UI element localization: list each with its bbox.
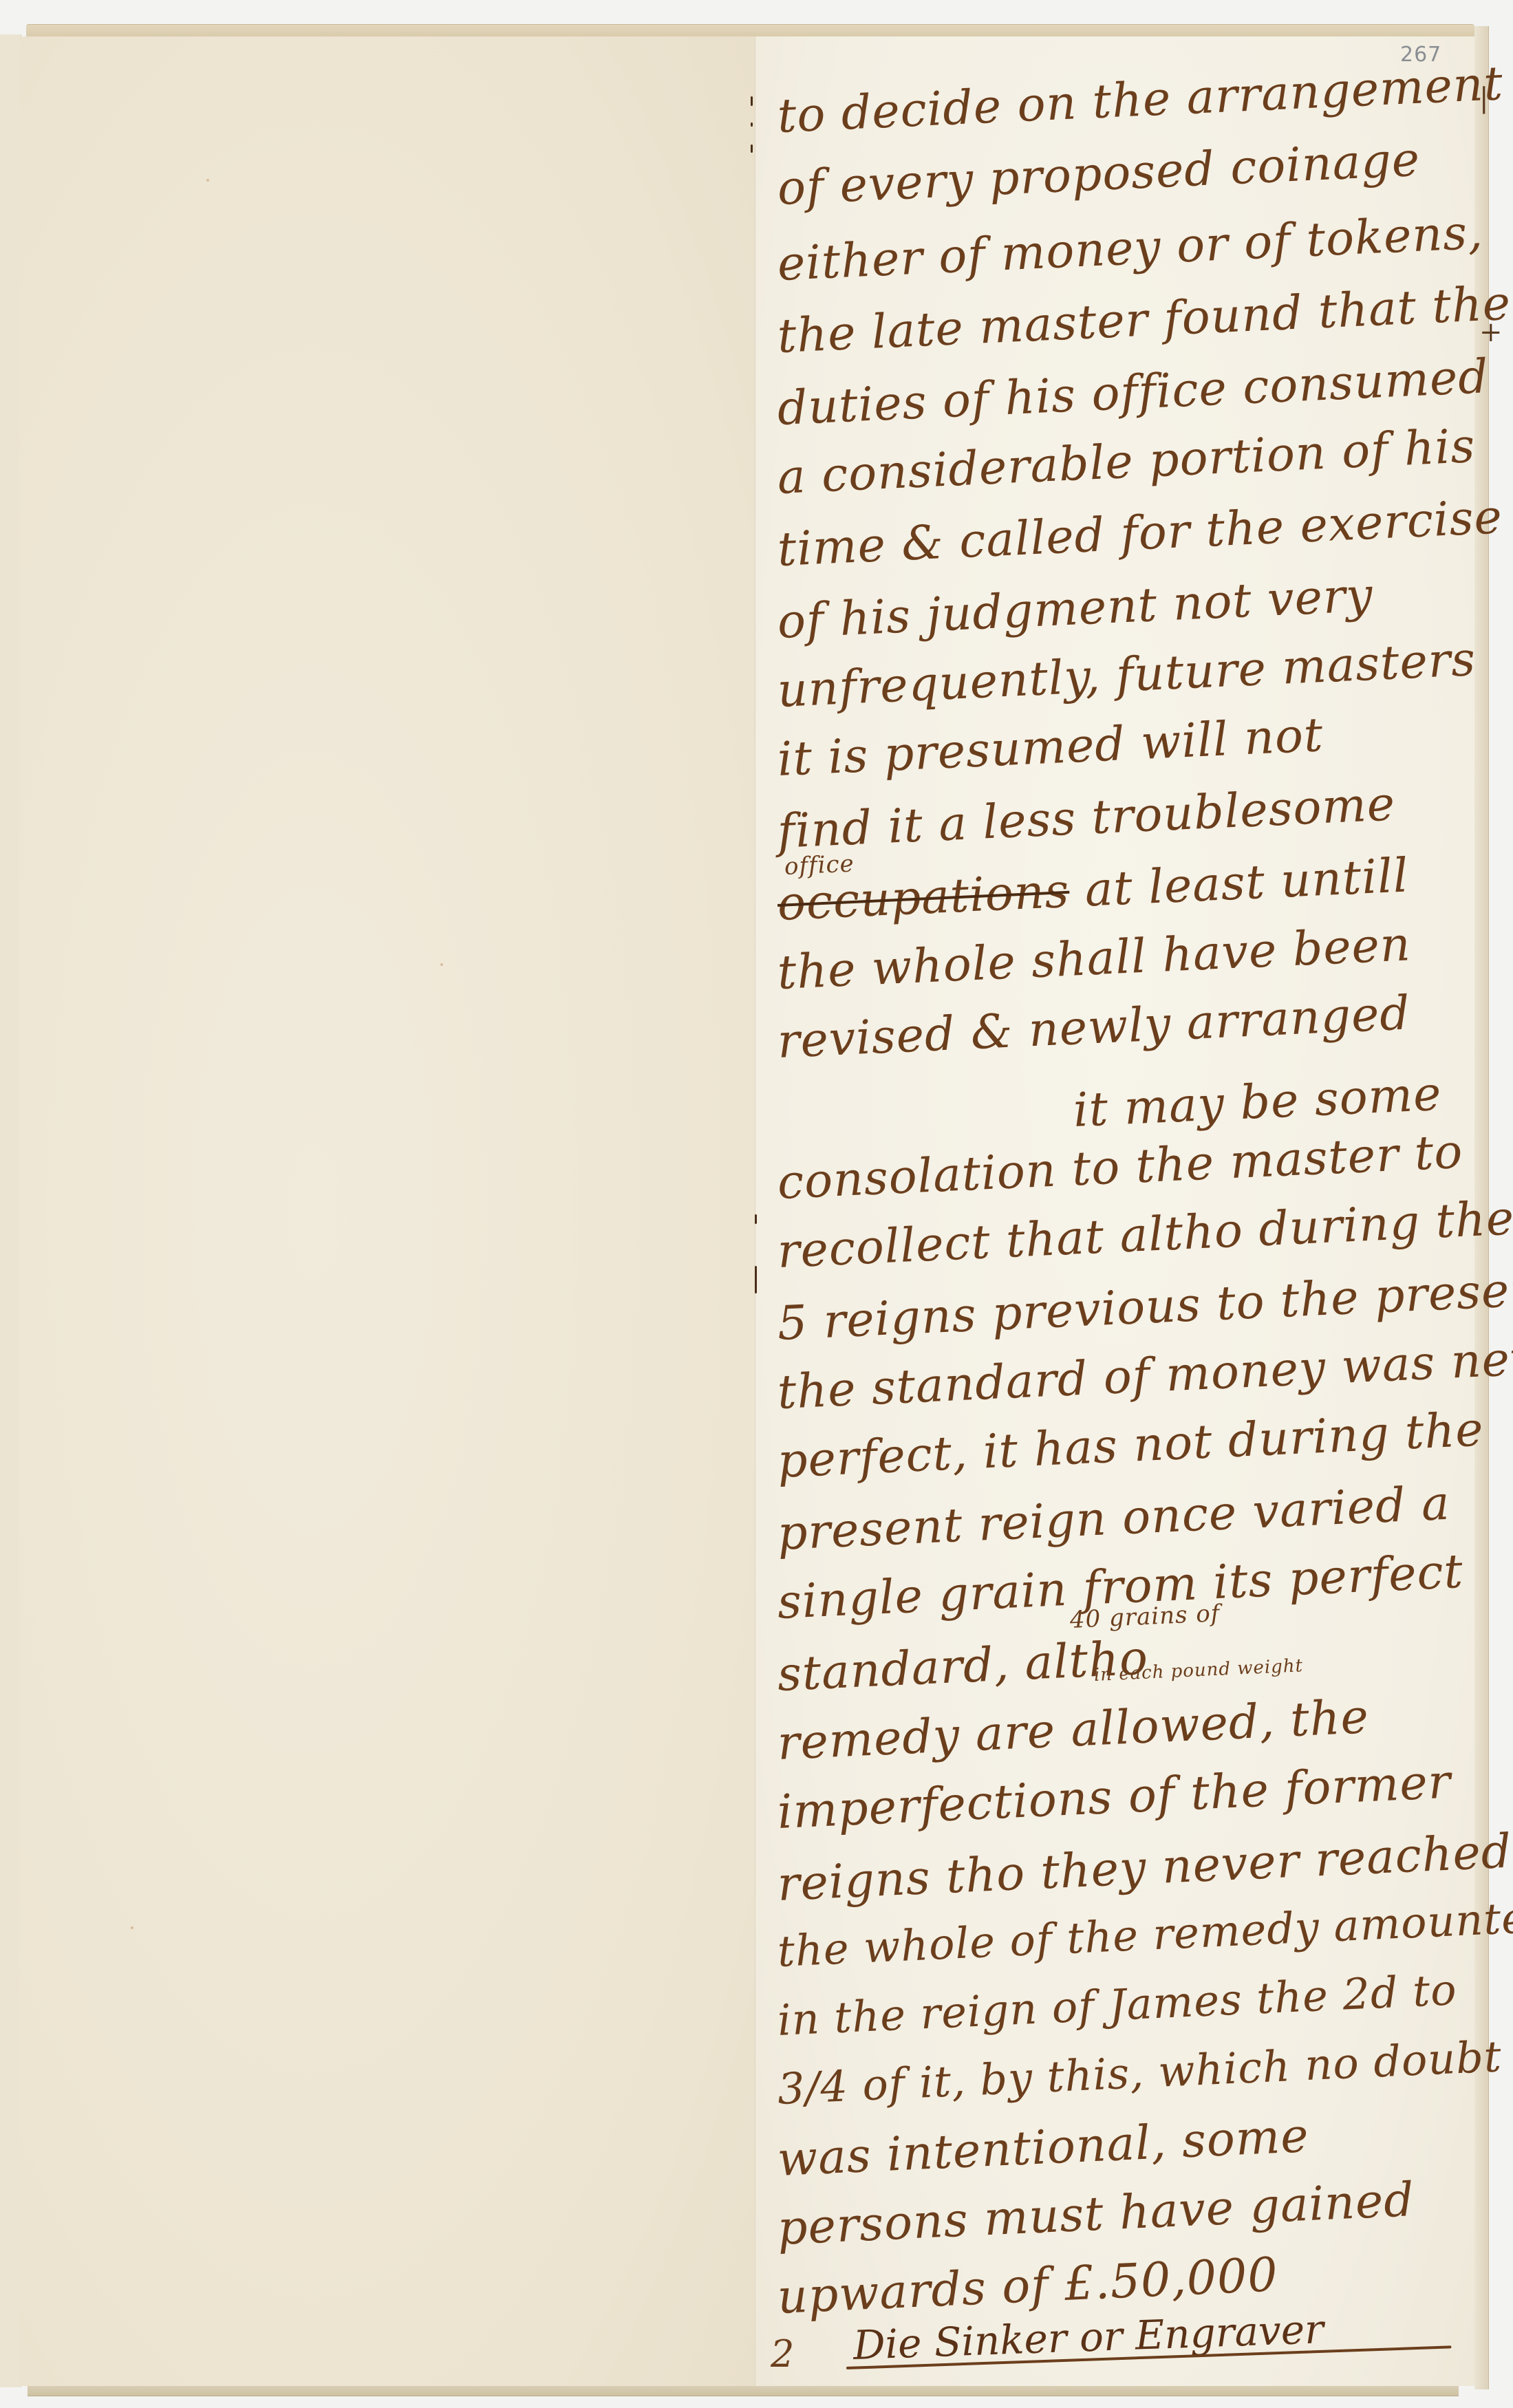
underlying-leaf-edge (0, 34, 21, 2387)
page-bottom-edge (28, 2386, 1459, 2396)
margin-tick (755, 1214, 757, 1224)
margin-tick (751, 96, 753, 106)
section-number: 2 (771, 2332, 794, 2376)
margin-tick (751, 122, 753, 127)
blank-left-page (19, 36, 755, 2386)
margin-tick (751, 144, 753, 153)
margin-tick (755, 1266, 757, 1293)
